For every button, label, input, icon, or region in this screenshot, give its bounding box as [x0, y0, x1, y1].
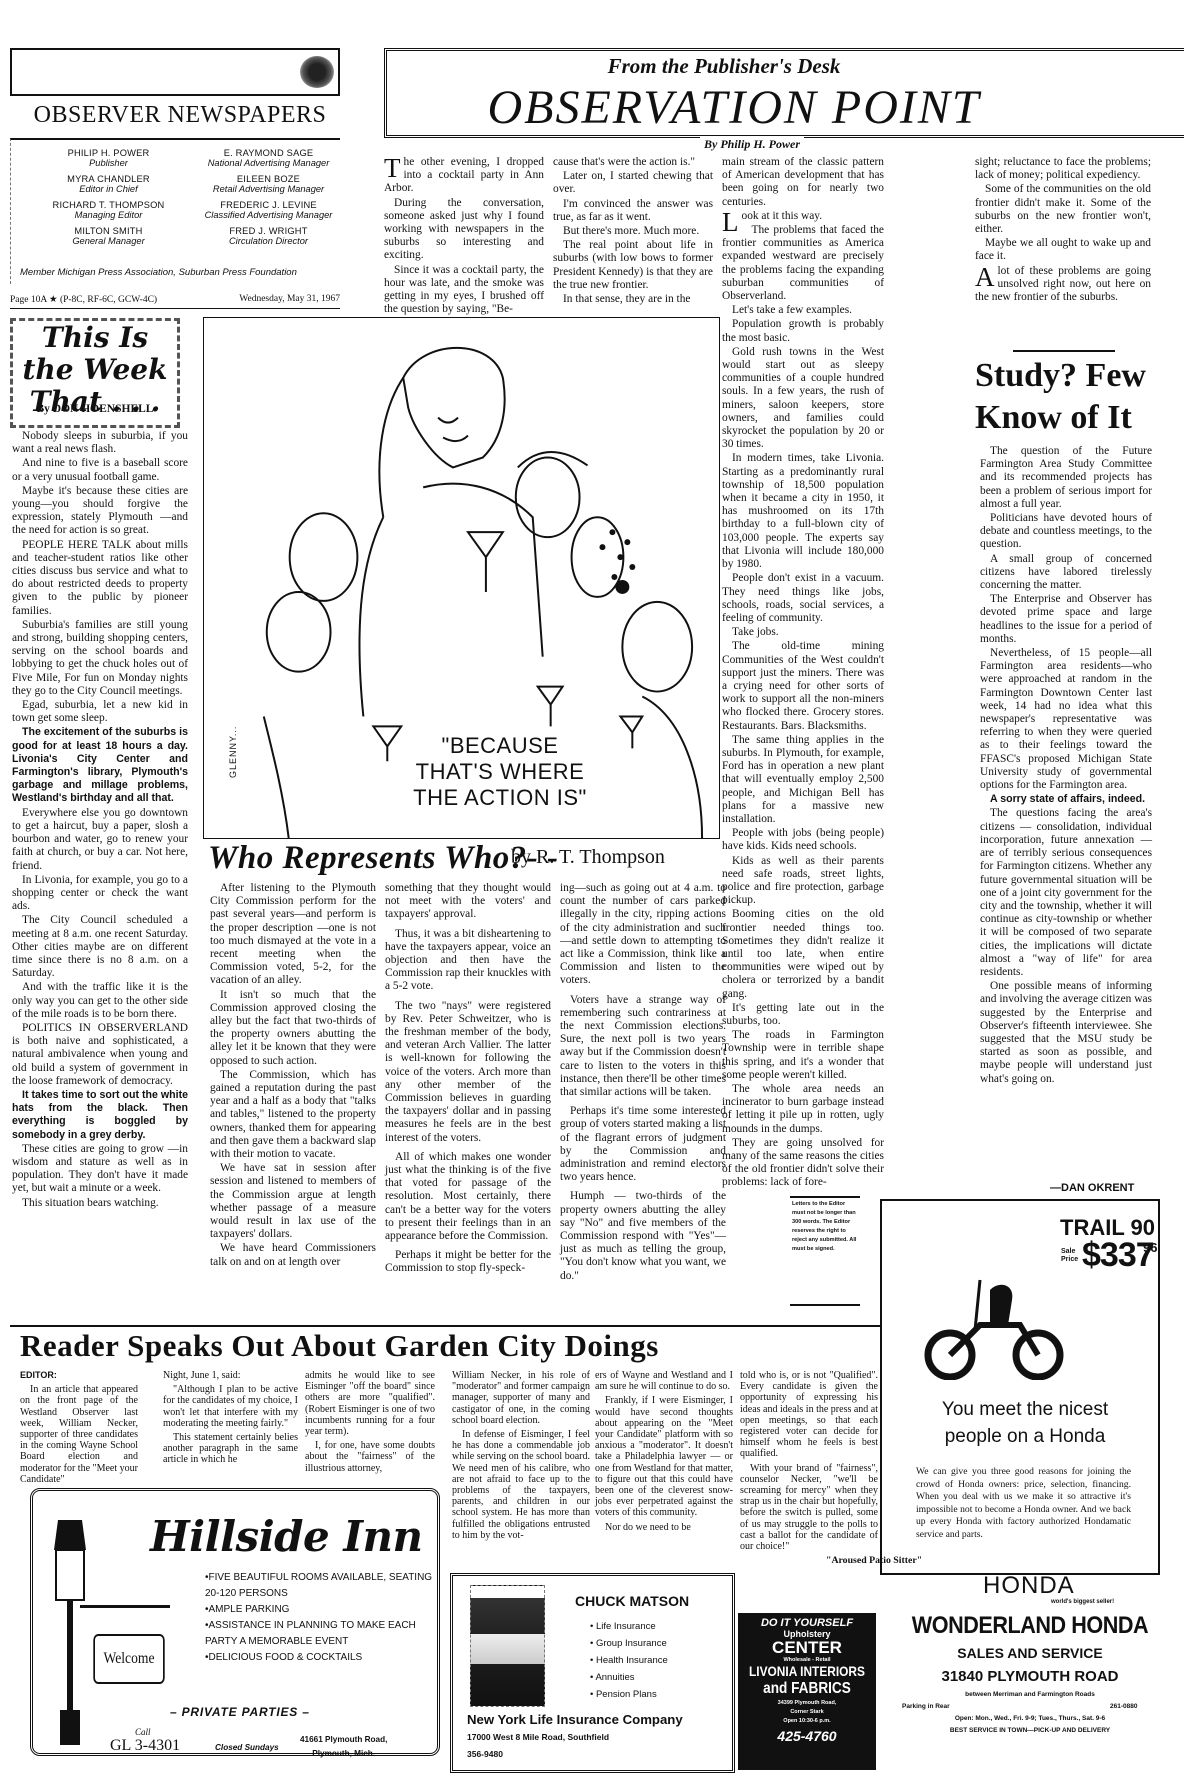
paragraph: After listening to the Plymouth City Com… — [210, 882, 376, 988]
paragraph: One possible means of informing and invo… — [980, 980, 1152, 1086]
honda-price-cents: 96 — [1143, 1240, 1157, 1255]
paragraph: We have heard Commissioners talk on and … — [210, 1242, 376, 1268]
paragraph: In defense of Eisminger, I feel he has d… — [452, 1429, 590, 1541]
paragraph: Nobody sleeps in suburbia, if you want a… — [12, 430, 188, 456]
paragraph: main stream of the classic pattern of Am… — [722, 156, 884, 209]
honda-parking: Parking in Rear — [902, 1703, 950, 1710]
paragraph: told who is, or is not "Qualified". Ever… — [740, 1370, 878, 1460]
paragraph: Maybe we all ought to wake up and face i… — [975, 237, 1151, 263]
paragraph: The City Council scheduled a meeting at … — [12, 914, 188, 980]
honda-sales-service: SALES AND SERVICE — [890, 1645, 1170, 1661]
honda-cross-streets: between Merriman and Farmington Roads — [890, 1691, 1170, 1698]
who-represents-headline: Who Represents Who?- - — [208, 840, 559, 877]
publisher-col-1: The other evening, I dropped into a cock… — [384, 156, 544, 317]
masthead-title: OBSERVER NEWSPAPERS — [10, 102, 350, 129]
agent-photo — [470, 1585, 545, 1707]
private-parties: – PRIVATE PARTIES – — [170, 1705, 310, 1719]
paragraph: "Although I plan to be active for the ca… — [163, 1384, 298, 1429]
insurance-company: New York Life Insurance Company — [467, 1712, 683, 1727]
paragraph: The questions facing the area's citizens… — [980, 807, 1152, 979]
paragraph: admits he would like to see Eisminger "o… — [305, 1370, 435, 1437]
paragraph: The Commission, which has gained a reput… — [210, 1069, 376, 1161]
paragraph: Politicians have devoted hours of debate… — [980, 512, 1152, 552]
honda-hours: Open: Mon., Wed., Fri. 9-9; Tues., Thurs… — [890, 1715, 1170, 1722]
paragraph: They are going unsolved for many of the … — [722, 1137, 884, 1190]
honda-tagline: world's biggest seller! — [1051, 1599, 1114, 1605]
paragraph: The real point about life in suburbs (wi… — [553, 239, 713, 292]
publisher-col-3: main stream of the classic pattern of Am… — [722, 156, 884, 1191]
paragraph: It isn't so much that the Commission app… — [210, 989, 376, 1068]
lamp-post-icon — [50, 1510, 90, 1750]
service-item: • Annuities — [590, 1669, 668, 1686]
paragraph: William Necker, in his role of "moderato… — [452, 1370, 590, 1426]
staff-entry: E. RAYMOND SAGENational Advertising Mana… — [186, 148, 351, 168]
paragraph: Gold rush towns in the West would start … — [722, 346, 884, 452]
who-col-1: After listening to the Plymouth City Com… — [210, 882, 376, 1270]
hillside-phone: GL 3-4301 — [110, 1737, 180, 1755]
paragraph: Booming cities on the old frontier neede… — [722, 908, 884, 1000]
insurance-address: 17000 West 8 Mile Road, Southfield — [467, 1732, 609, 1742]
publisher-byline: By Philip H. Power — [700, 137, 804, 152]
paragraph: sight; reluctance to face the problems; … — [975, 156, 1151, 182]
livonia-interiors-ad: DO IT YOURSELF Upholstery CENTER Wholesa… — [738, 1613, 876, 1770]
who-col-2: something that they thought would not me… — [385, 882, 551, 1277]
paragraph: I'm convinced the answer was true, as fa… — [553, 198, 713, 224]
publisher-kicker: From the Publisher's Desk — [384, 54, 1064, 79]
week-column-byline: By DON HOENSHELL — [10, 403, 180, 415]
paragraph: Nor do we need to be — [595, 1522, 733, 1533]
service-item: • Life Insurance — [590, 1618, 668, 1635]
paragraph: People with jobs (being people) have kid… — [722, 827, 884, 853]
paragraph: The roads in Farmington Township were in… — [722, 1029, 884, 1082]
paragraph: The two "nays" were registered by Rev. P… — [385, 1000, 551, 1145]
hillside-address: 41661 Plymouth Road, Plymouth, Mich. — [300, 1733, 387, 1761]
staff-entry: PHILIP H. POWERPublisher — [31, 148, 186, 168]
publisher-column-title: OBSERVATION POINT — [384, 80, 1084, 135]
reader-col-5: ers of Wayne and Westland and I am sure … — [595, 1370, 733, 1536]
paragraph: Perhaps it's time some interested group … — [560, 1105, 726, 1184]
hillside-inn-name: Hillside Inn — [150, 1512, 423, 1561]
study-signature: —DAN OKRENT — [1050, 1182, 1134, 1194]
who-col-3: ing—such as going out at 4 a.m. to count… — [560, 882, 726, 1284]
welcome-sign: Welcome — [93, 1634, 164, 1684]
paragraph: cause that's were the action is." — [553, 156, 713, 169]
who-represents-byline: by R. T. Thompson — [511, 846, 665, 869]
paragraph: This situation bears watching. — [12, 1197, 188, 1210]
paragraph-bold: A sorry state of affairs, indeed. — [980, 793, 1152, 806]
paragraph: Voters have a strange way of remembering… — [560, 994, 726, 1100]
reader-letter-signature: "Aroused Patio Sitter" — [826, 1555, 922, 1566]
reader-col-6: told who is, or is not "Qualified". Ever… — [740, 1370, 878, 1555]
staff-entry: MYRA CHANDLEREditor in Chief — [31, 174, 186, 194]
paragraph: Humph — two-thirds of the property owner… — [560, 1190, 726, 1282]
honda-service-line: BEST SERVICE IN TOWN—PICK-UP AND DELIVER… — [890, 1727, 1170, 1734]
reader-col-2: Night, June 1, said: "Although I plan to… — [163, 1370, 298, 1469]
paragraph: Some of the communities on the old front… — [975, 183, 1151, 236]
paragraph: And with the traffic like it is the only… — [12, 981, 188, 1021]
paragraph: I, for one, have some doubts about the "… — [305, 1440, 435, 1474]
drop-cap: T — [384, 157, 401, 179]
paragraph: ers of Wayne and Westland and I am sure … — [595, 1370, 733, 1392]
paragraph: During the conversation, someone asked j… — [384, 197, 544, 263]
agent-name: CHUCK MATSON — [575, 1593, 689, 1609]
staff-entry: FREDERIC J. LEVINEClassified Advertising… — [186, 200, 351, 220]
paragraph: People don't exist in a vacuum. They nee… — [722, 572, 884, 625]
study-body: The question of the Future Farmington Ar… — [980, 445, 1152, 1087]
paragraph: PEOPLE HERE TALK about mills and teacher… — [12, 539, 188, 618]
staff-entry: MILTON SMITHGeneral Manager — [31, 226, 186, 246]
paragraph: ing—such as going out at 4 a.m. to count… — [560, 882, 726, 988]
drop-cap: L — [722, 211, 739, 233]
reader-col-3: admits he would like to see Eisminger "o… — [305, 1370, 435, 1477]
divider — [790, 1304, 860, 1306]
feature-item: •FIVE BEAUTIFUL ROOMS AVAILABLE, SEATING… — [205, 1570, 440, 1602]
honda-price-label: Sale Price — [1061, 1248, 1081, 1264]
divider — [1013, 350, 1115, 352]
reader-col-1: EDITOR: In an article that appeared on t… — [20, 1370, 138, 1488]
salutation: EDITOR: — [20, 1370, 138, 1381]
publisher-col-4: sight; reluctance to face the problems; … — [975, 156, 1151, 305]
paragraph: Night, June 1, said: — [163, 1370, 298, 1381]
paragraph: In that sense, they are in the — [553, 293, 713, 306]
paragraph: It's getting late out in the suburbs, to… — [722, 1002, 884, 1028]
paragraph: The question of the Future Farmington Ar… — [980, 445, 1152, 511]
feature-item: •ASSISTANCE IN PLANNING TO MAKE EACH PAR… — [205, 1618, 440, 1650]
paragraph: Let's take a few examples. — [722, 304, 884, 317]
staff-entry: FRED J. WRIGHTCirculation Director — [186, 226, 351, 246]
paragraph: And nine to five is a baseball score or … — [12, 457, 188, 483]
paragraph-bold: The excitement of the suburbs is good fo… — [12, 726, 188, 805]
drop-cap: A — [975, 266, 995, 288]
insurance-services: • Life Insurance • Group Insurance • Hea… — [590, 1618, 668, 1703]
cartoonist-signature: GLENNY... — [228, 726, 238, 778]
feature-item: •DELICIOUS FOOD & COCKTAILS — [205, 1650, 440, 1666]
paragraph: This statement certainly belies another … — [163, 1432, 298, 1466]
reader-col-4: William Necker, in his role of "moderato… — [452, 1370, 590, 1544]
insurance-phone: 356-9480 — [467, 1749, 503, 1759]
reader-letter-headline: Reader Speaks Out About Garden City Doin… — [20, 1328, 659, 1364]
paragraph: In modern times, take Livonia. Starting … — [722, 452, 884, 571]
feature-item: •AMPLE PARKING — [205, 1602, 440, 1618]
paragraph: Egad, suburbia, let a new kid in town ge… — [12, 699, 188, 725]
page-number: Page 10A ★ (P-8C, RF-6C, GCW-4C) — [10, 294, 157, 305]
paragraph: These cities are going to grow —in wisdo… — [12, 1143, 188, 1196]
service-item: • Group Insurance — [590, 1635, 668, 1652]
masthead-logo-icon — [300, 56, 334, 88]
divider — [790, 1196, 860, 1198]
paragraph-bold: It takes time to sort out the white hats… — [12, 1089, 188, 1142]
publisher-col-2: cause that's were the action is." Later … — [553, 156, 713, 307]
staff-box: PHILIP H. POWERPublisher E. RAYMOND SAGE… — [10, 138, 340, 284]
honda-dealer-name: WONDERLAND HONDA — [904, 1612, 1156, 1640]
paragraph: Frankly, if I were Eisminger, I would ha… — [595, 1395, 733, 1518]
honda-body: We can give you three good reasons for j… — [916, 1466, 1131, 1542]
paragraph: In an article that appeared on the front… — [20, 1384, 138, 1485]
week-column-body: Nobody sleeps in suburbia, if you want a… — [12, 430, 188, 1211]
honda-headline: You meet the nicest people on a Honda — [900, 1396, 1150, 1450]
closed-sundays: Closed Sundays — [215, 1743, 279, 1752]
paragraph: The other evening, I dropped into a cock… — [384, 156, 544, 196]
honda-logo: HONDA — [983, 1572, 1075, 1600]
service-item: • Health Insurance — [590, 1652, 668, 1669]
member-line: Member Michigan Press Association, Subur… — [20, 267, 350, 278]
hillside-features: •FIVE BEAUTIFUL ROOMS AVAILABLE, SEATING… — [205, 1570, 440, 1666]
sign-bracket — [80, 1605, 170, 1608]
paragraph: Nevertheless, of 15 people—all Farmingto… — [980, 647, 1152, 792]
paragraph: A small group of concerned citizens have… — [980, 553, 1152, 593]
staff-entry: RICHARD T. THOMPSONManaging Editor — [31, 200, 186, 220]
paragraph: All of which makes one wonder just what … — [385, 1151, 551, 1243]
honda-phone: 261-0880 — [1110, 1703, 1137, 1710]
paragraph: Since it was a cocktail party, the hour … — [384, 264, 544, 317]
paragraph: something that they thought would not me… — [385, 882, 551, 922]
paragraph: Later on, I started chewing that over. — [553, 170, 713, 196]
paragraph: The old-time mining Communities of the W… — [722, 640, 884, 732]
page-info: Page 10A ★ (P-8C, RF-6C, GCW-4C) Wednesd… — [10, 294, 340, 309]
paragraph: In Livonia, for example, you go to a sho… — [12, 874, 188, 914]
paragraph: Take jobs. — [722, 626, 884, 639]
paragraph: Kids as well as their parents need safe … — [722, 855, 884, 908]
paragraph: Maybe it's because these cities are youn… — [12, 485, 188, 538]
study-headline: Study? Few Know of It — [975, 355, 1175, 439]
letters-policy-note: Letters to the Editor must not be longer… — [792, 1200, 860, 1254]
paragraph: POLITICS IN OBSERVERLAND is both naive a… — [12, 1022, 188, 1088]
cartoon-caption: "BECAUSE THAT'S WHERE THE ACTION IS" — [370, 733, 630, 811]
issue-date: Wednesday, May 31, 1967 — [239, 294, 340, 305]
paragraph: The same thing applies in the suburbs. I… — [722, 734, 884, 826]
paragraph: The problems that faced the frontier com… — [722, 224, 884, 303]
divider — [10, 1325, 880, 1327]
motorcycle-icon — [920, 1270, 1070, 1380]
paragraph: We have sat in session after session and… — [210, 1162, 376, 1241]
staff-list: PHILIP H. POWERPublisher E. RAYMOND SAGE… — [31, 148, 351, 246]
paragraph: Everywhere else you go downtown to get a… — [12, 807, 188, 873]
paragraph: Thus, it was a bit disheartening to have… — [385, 928, 551, 994]
service-item: • Pension Plans — [590, 1686, 668, 1703]
paragraph: Perhaps it might be better for the Commi… — [385, 1249, 551, 1275]
masthead-banner — [10, 48, 340, 96]
paragraph: The whole area needs an incinerator to b… — [722, 1083, 884, 1136]
paragraph: Population growth is probably the most b… — [722, 318, 884, 344]
paragraph: Look at it this way. — [722, 210, 884, 223]
paragraph: A lot of these problems are going unsolv… — [975, 265, 1151, 305]
paragraph: The Enterprise and Observer has devoted … — [980, 593, 1152, 646]
paragraph: Suburbia's families are still young and … — [12, 619, 188, 698]
honda-address: 31840 PLYMOUTH ROAD — [890, 1668, 1170, 1685]
paragraph: With your brand of "fairness", counselor… — [740, 1463, 878, 1553]
staff-entry: EILEEN BOZERetail Advertising Manager — [186, 174, 351, 194]
call-label: Call — [135, 1727, 151, 1737]
paragraph: But there's more. Much more. — [553, 225, 713, 238]
